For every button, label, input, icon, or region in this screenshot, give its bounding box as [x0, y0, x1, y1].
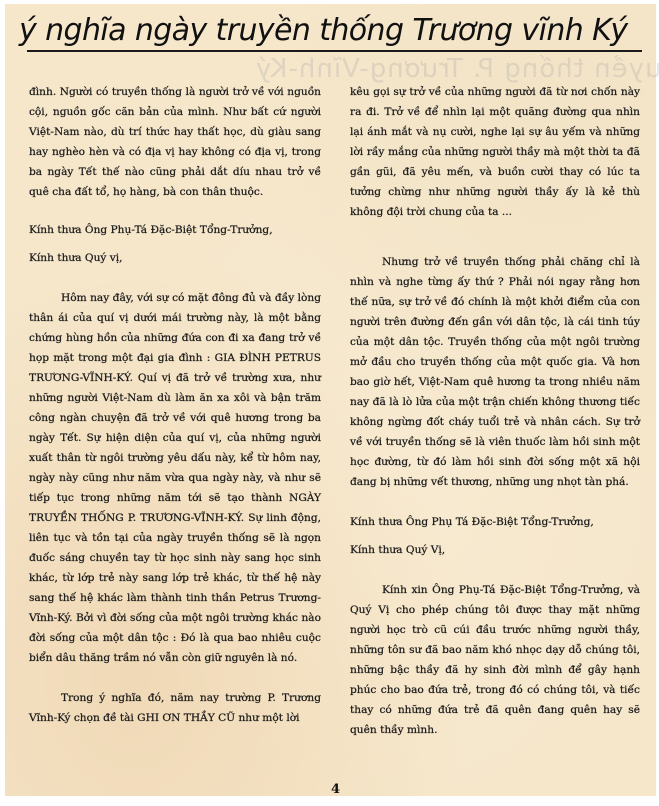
paragraph-tradition-meaning: Nhưng trở về truyền thống phải chăng chỉ…	[350, 252, 640, 492]
page-number: 4	[331, 782, 340, 797]
paragraph-tradition-return: đình. Người có truyền thống là người trở…	[29, 82, 321, 202]
paragraph-call-to-return: kêu gọi sự trở về của những người đã từ …	[350, 82, 640, 222]
salutation-guests: Kính thưa Quý vị,	[29, 248, 321, 268]
salutation-deputy-minister-2: Kính thưa Ông Phụ Tá Đặc-Biệt Tổng-Trưởn…	[350, 512, 640, 532]
title-underline	[27, 50, 642, 52]
paragraph-gratitude: Kính xin Ông Phụ-Tá Đặc-Biệt Tổng-Trưởng…	[350, 580, 640, 740]
salutation-deputy-minister: Kính thưa Ông Phụ-Tá Đặc-Biệt Tổng-Trưởn…	[29, 220, 321, 240]
magazine-page: Ngày truyền thống P. Trương-Vĩnh-Ký ý ng…	[5, 4, 656, 796]
paragraph-theme: Trong ý nghĩa đó, năm nay trường P. Trươ…	[29, 688, 321, 728]
right-column: kêu gọi sự trở về của những người đã từ …	[350, 82, 640, 740]
paragraph-today: Hôm nay đây, với sự có mặt đông đủ và đầ…	[29, 288, 321, 668]
show-through-text: Ngày truyền thống P. Trương-Vĩnh-Ký	[255, 54, 659, 84]
article-title: ý nghĩa ngày truyền thống Trương vĩnh Ký	[19, 12, 643, 50]
left-column: đình. Người có truyền thống là người trở…	[29, 82, 321, 728]
salutation-guests-2: Kính thưa Quý Vị,	[350, 540, 640, 560]
